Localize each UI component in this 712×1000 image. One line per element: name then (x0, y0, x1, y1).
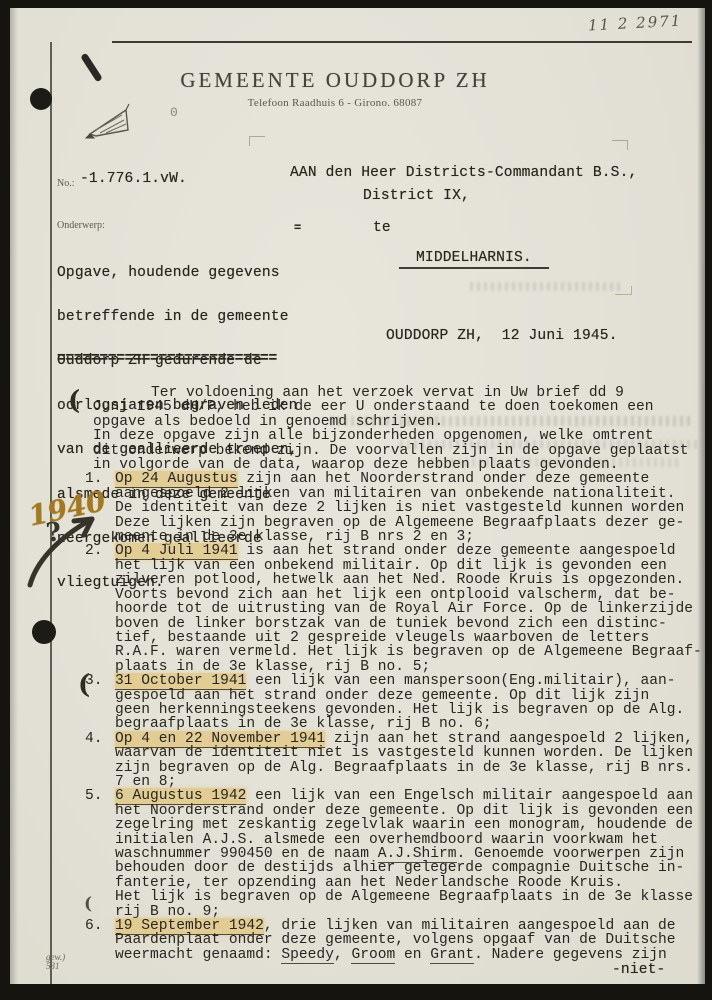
scan-edge-bottom (0, 984, 712, 1000)
handwritten-archive-number: 11 2 2971 (588, 12, 683, 35)
body-line: boven de linker borstzak van de tuniek b… (115, 617, 699, 631)
body-line: 2.Op 4 Juli 1941 is aan het strand onder… (115, 544, 699, 558)
margin-paren-mark: ( (78, 670, 90, 700)
body-line: tief, bestaande uit 2 gespreide vleugels… (115, 631, 699, 645)
reference-number-label: No.: (57, 178, 75, 189)
body-line: fanterie, ter opzending aan het Nederlan… (115, 876, 699, 890)
letterhead-title: GEMEENTE OUDDORP ZH (170, 68, 500, 93)
reference-number-value: -1.776.1.vW. (80, 171, 187, 187)
subject-line: Opgave, houdende gegevens (57, 266, 298, 281)
header-rule (112, 41, 692, 43)
print-code: gew.) 531 (46, 953, 65, 971)
body-line: zijn begraven op de Alg. Begraafplaats i… (115, 761, 699, 775)
scan-shadow-left (10, 0, 18, 1000)
text-run: weermacht genaamd: (115, 947, 281, 963)
underlined-name: Speedy (281, 947, 334, 964)
corner-mark (249, 136, 265, 146)
scan-shadow-right (697, 0, 705, 1000)
body-line: begraafplaats in de 3e klasse, rij B no.… (115, 717, 699, 731)
body-line: het lijk van een onbekend militair. Op d… (115, 559, 699, 573)
body-line: waarvan de identiteit niet is vastgestel… (115, 746, 699, 760)
letterhead-subtitle: Telefoon Raadhuis 6 - Girono. 68087 (170, 97, 500, 109)
body-line: 6.19 September 1942, drie lijken van mil… (115, 919, 699, 933)
scan-edge-right (705, 0, 712, 1000)
body-line: hoorde tot de uitrusting van de Royal Ai… (115, 602, 699, 616)
addressee-city: MIDDELHARNIS. (399, 250, 549, 269)
subject-line: betreffende in de gemeente (57, 310, 298, 325)
handwritten-arrow (22, 505, 112, 590)
body-line: gespoeld aan het strand onder deze gemee… (115, 689, 699, 703)
body-line: Paardenplaat onder deze gemeente, volgen… (115, 933, 699, 947)
body-line: initialen A.J.S. alsmede een overhemdboo… (115, 833, 699, 847)
body-line: geen herkenningsteekens gevonden. Het li… (115, 703, 699, 717)
text-run: . Nadere gegevens zijn (474, 947, 667, 963)
form-mark: = (294, 221, 301, 235)
body-line: weermacht genaamd: Speedy, Groom en Gran… (115, 948, 699, 962)
list-number: 5. (85, 789, 103, 803)
subject-separator: ========================== (57, 351, 277, 367)
hole-punch-bottom (32, 620, 56, 644)
scan-smudge (430, 458, 680, 467)
body-line: aangespoeld 2 lijken van militairen van … (115, 487, 699, 501)
addressee-line-1: AAN den Heer Districts-Commandant B.S., (290, 165, 637, 181)
body-line: Voorts bevond zich aan het lijk een ontp… (115, 588, 699, 602)
scan-smudge (330, 416, 690, 426)
scan-smudge (400, 440, 700, 449)
scan-smudge (470, 282, 620, 291)
body-line: 5.6 Augustus 1942 een lijk van een Engel… (115, 789, 699, 803)
list-number: 4. (85, 732, 103, 746)
body-line: De identiteit van deze 2 lijken is niet … (115, 501, 699, 515)
body-line: Het lijk is begraven op de Algemeene Beg… (115, 890, 699, 904)
body-line: behouden door de destijds alhier geleger… (115, 861, 699, 875)
addressee-line-3: te (373, 220, 391, 236)
body-line: 4.Op 4 en 22 November 1941 zijn aan het … (115, 732, 699, 746)
print-code-line: 531 (46, 962, 65, 971)
body-line: zilveren potlood, hetwelk aan het Ned. R… (115, 573, 699, 587)
underlined-name: Grant (430, 947, 474, 964)
hole-punch-top (30, 88, 52, 110)
margin-paren-mark: ( (68, 386, 80, 416)
document-page: 11 2 2971 0 GEMEENTE OUDDORP ZH Telefoon… (0, 0, 712, 1000)
body-line: zegelring met zeskantig zegelvlak waarin… (115, 818, 699, 832)
body-line: het Noorderstrand onder deze gemeente. O… (115, 804, 699, 818)
list-number: 6. (85, 919, 103, 933)
margin-paren-mark: ( (84, 894, 92, 914)
pen-stroke-mark (80, 53, 103, 83)
body-lines: Ter voldoening aan het verzoek vervat in… (93, 386, 699, 962)
scan-edge-left (0, 0, 10, 1000)
body-line: Ter voldoening aan het verzoek vervat in… (151, 386, 699, 400)
body-line: rij B no. 9; (115, 905, 699, 919)
corner-mark (612, 140, 628, 150)
text-run: zijn begraven op de Alg. Begraafplaats i… (115, 760, 693, 776)
body-line: 1.Op 24 Augustus zijn aan het Noorderstr… (115, 472, 699, 486)
body-line: R.A.F. waren vermeld. Het lijk is begrav… (115, 645, 699, 659)
scan-edge-top (0, 0, 712, 8)
text-run: , (334, 947, 352, 963)
text-run: en (395, 947, 430, 963)
subject-label: Onderwerp: (57, 220, 105, 231)
ink-sketch (86, 100, 142, 142)
underlined-name: Groom (351, 947, 395, 964)
body-line: Deze lijken zijn begraven op de Algemeen… (115, 516, 699, 530)
body-line: Juni 1945 dH/P, heb ik de eer U ondersta… (93, 400, 699, 414)
addressee-line-2: District IX, (363, 188, 470, 204)
body-line: plaats in de 3e klasse, rij B no. 5; (115, 660, 699, 674)
dateline: OUDDORP ZH, 12 Juni 1945. (386, 328, 618, 344)
continuation-mark: -niet- (612, 962, 665, 978)
body-line: 3.31 October 1941 een lijk van een mansp… (115, 674, 699, 688)
body-line: waschnummer 990450 en de naam A.J.Shirm.… (115, 847, 699, 861)
